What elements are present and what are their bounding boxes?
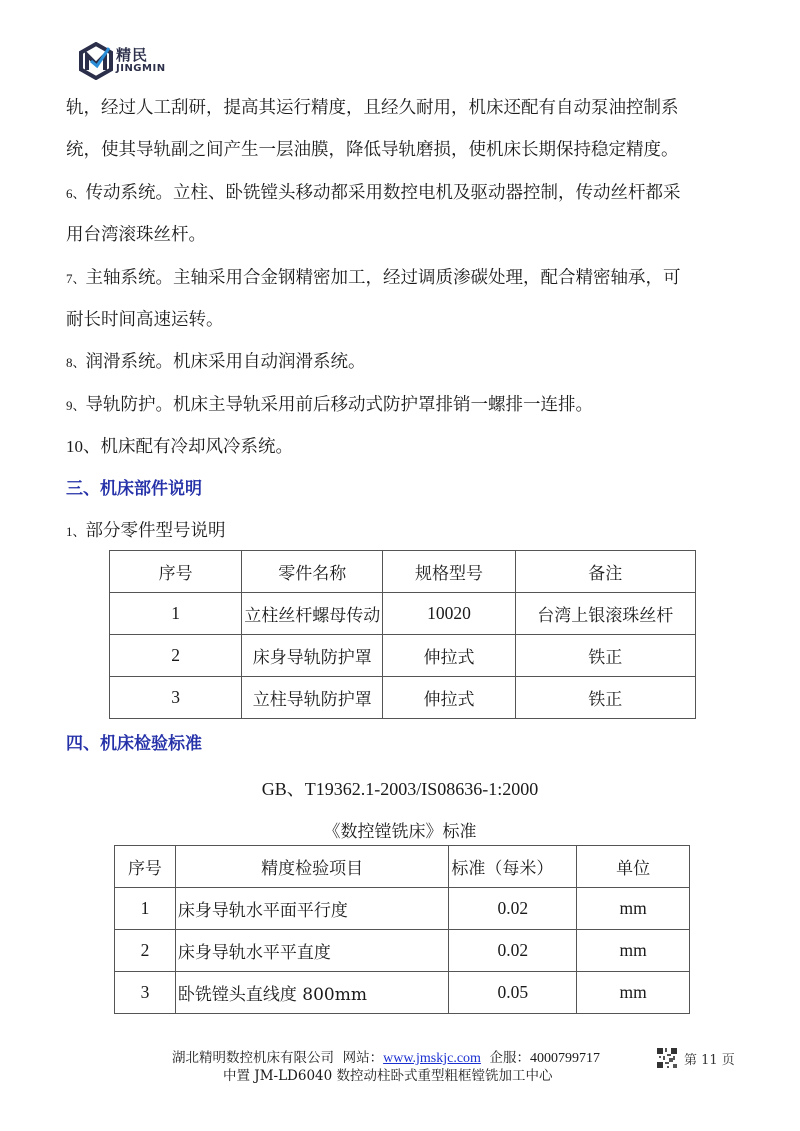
table-row: 3 卧铣镗头直线度 800mm 0.05 mm [115, 972, 690, 1014]
table-cell: 2 [115, 930, 176, 972]
table-row: 2 床身导轨防护罩 伸拉式 铁正 [110, 635, 696, 677]
table-cell: 台湾上银滚珠丝杆 [515, 593, 695, 635]
table-cell: mm [577, 888, 690, 930]
table-cell: 卧铣镗头直线度 800mm [175, 972, 449, 1014]
table-cell: mm [577, 972, 690, 1014]
table-row: 1 床身导轨水平面平行度 0.02 mm [115, 888, 690, 930]
item-text: 部分零件型号说明 [86, 521, 226, 541]
item-text: 主轴系统。主轴采用合金钢精密加工，经过调质渗碳处理，配合精密轴承，可 [86, 268, 681, 288]
table-row: 2 床身导轨水平平直度 0.02 mm [115, 930, 690, 972]
table-header-cell: 序号 [110, 551, 242, 593]
list-item-6: 6、传动系统。立柱、卧铣镗头移动都采用数控电机及驱动器控制，传动丝杆都采 [66, 181, 681, 206]
table-header-cell: 备注 [515, 551, 695, 593]
item-text: 、机床配有冷却风冷系统。 [83, 437, 293, 457]
table-cell: 1 [115, 888, 176, 930]
item-number: 6、 [66, 186, 86, 201]
table-header-cell: 规格型号 [383, 551, 515, 593]
paragraph-line: 耐长时间高速运转。 [66, 308, 224, 332]
table-cell: 0.02 [449, 930, 577, 972]
table-cell: 0.05 [449, 972, 577, 1014]
section-heading-3: 三、机床部件说明 [66, 477, 202, 501]
paragraph-line: 统，使其导轨副之间产生一层油膜，降低导轨磨损，使机床长期保持稳定精度。 [66, 138, 679, 162]
logo-hexagon-icon [78, 42, 114, 80]
table-cell: 0.02 [449, 888, 577, 930]
table-cell: 床身导轨水平面平行度 [175, 888, 449, 930]
section-heading-4: 四、机床检验标准 [66, 732, 202, 756]
table-row: 1 立柱丝杆螺母传动 10020 台湾上银滚珠丝杆 [110, 593, 696, 635]
table-cell: 床身导轨防护罩 [242, 635, 383, 677]
table-cell: 伸拉式 [383, 635, 515, 677]
paragraph-line: 轨，经过人工刮研，提高其运行精度，且经久耐用，机床还配有自动泵油控制系 [66, 96, 679, 120]
item-text: 润滑系统。机床采用自动润滑系统。 [86, 352, 366, 372]
table-cell: 立柱丝杆螺母传动 [242, 593, 383, 635]
table-cell: 1 [110, 593, 242, 635]
logo-text-cn: 精民 [116, 44, 148, 65]
table-cell: 床身导轨水平平直度 [175, 930, 449, 972]
company-logo: 精民 JINGMIN [78, 42, 178, 80]
footer-product-line: 中置 JM-LD6040 数控动柱卧式重型粗框镗铣加工中心 [223, 1064, 553, 1084]
item-number: 1、 [66, 524, 86, 539]
table-cell: mm [577, 930, 690, 972]
table-cell: 铁正 [515, 635, 695, 677]
table-header-cell: 单位 [577, 846, 690, 888]
table-cell: 2 [110, 635, 242, 677]
inspection-table: 序号 精度检验项目 标准（每米） 单位 1 床身导轨水平面平行度 0.02 mm… [114, 845, 690, 1014]
standard-name: 《数控镗铣床》标准 [0, 817, 800, 842]
item-number: 8、 [66, 355, 86, 370]
parts-table: 序号 零件名称 规格型号 备注 1 立柱丝杆螺母传动 10020 台湾上银滚珠丝… [109, 550, 696, 719]
item-number: 7、 [66, 271, 86, 286]
table-header-cell: 精度检验项目 [175, 846, 449, 888]
table-header-cell: 序号 [115, 846, 176, 888]
table-header-cell: 标准（每米） [449, 846, 577, 888]
table-cell: 3 [110, 677, 242, 719]
qr-code-icon [657, 1048, 677, 1068]
item-number: 10 [66, 437, 83, 456]
table-cell: 立柱导轨防护罩 [242, 677, 383, 719]
table-cell: 铁正 [515, 677, 695, 719]
item-text: 导轨防护。机床主导轨采用前后移动式防护罩排销一螺排一连排。 [86, 395, 594, 415]
table-header-cell: 零件名称 [242, 551, 383, 593]
list-item-10: 10、机床配有冷却风冷系统。 [66, 435, 293, 459]
subsection-heading: 1、部分零件型号说明 [66, 519, 226, 544]
item-text: 传动系统。立柱、卧铣镗头移动都采用数控电机及驱动器控制，传动丝杆都采 [86, 183, 681, 203]
paragraph-line: 用台湾滚珠丝杆。 [66, 223, 206, 247]
table-row: 3 立柱导轨防护罩 伸拉式 铁正 [110, 677, 696, 719]
list-item-9: 9、导轨防护。机床主导轨采用前后移动式防护罩排销一螺排一连排。 [66, 393, 593, 418]
table-cell: 伸拉式 [383, 677, 515, 719]
table-header-row: 序号 零件名称 规格型号 备注 [110, 551, 696, 593]
page-number: 第 11 页 [684, 1049, 735, 1068]
standard-code: GB、T19362.1-2003/IS08636-1:2000 [0, 775, 800, 801]
table-header-row: 序号 精度检验项目 标准（每米） 单位 [115, 846, 690, 888]
table-cell: 10020 [383, 593, 515, 635]
list-item-7: 7、主轴系统。主轴采用合金钢精密加工，经过调质渗碳处理，配合精密轴承，可 [66, 266, 681, 291]
logo-text-en: JINGMIN [116, 63, 166, 74]
list-item-8: 8、润滑系统。机床采用自动润滑系统。 [66, 350, 366, 375]
table-cell: 3 [115, 972, 176, 1014]
item-number: 9、 [66, 398, 86, 413]
